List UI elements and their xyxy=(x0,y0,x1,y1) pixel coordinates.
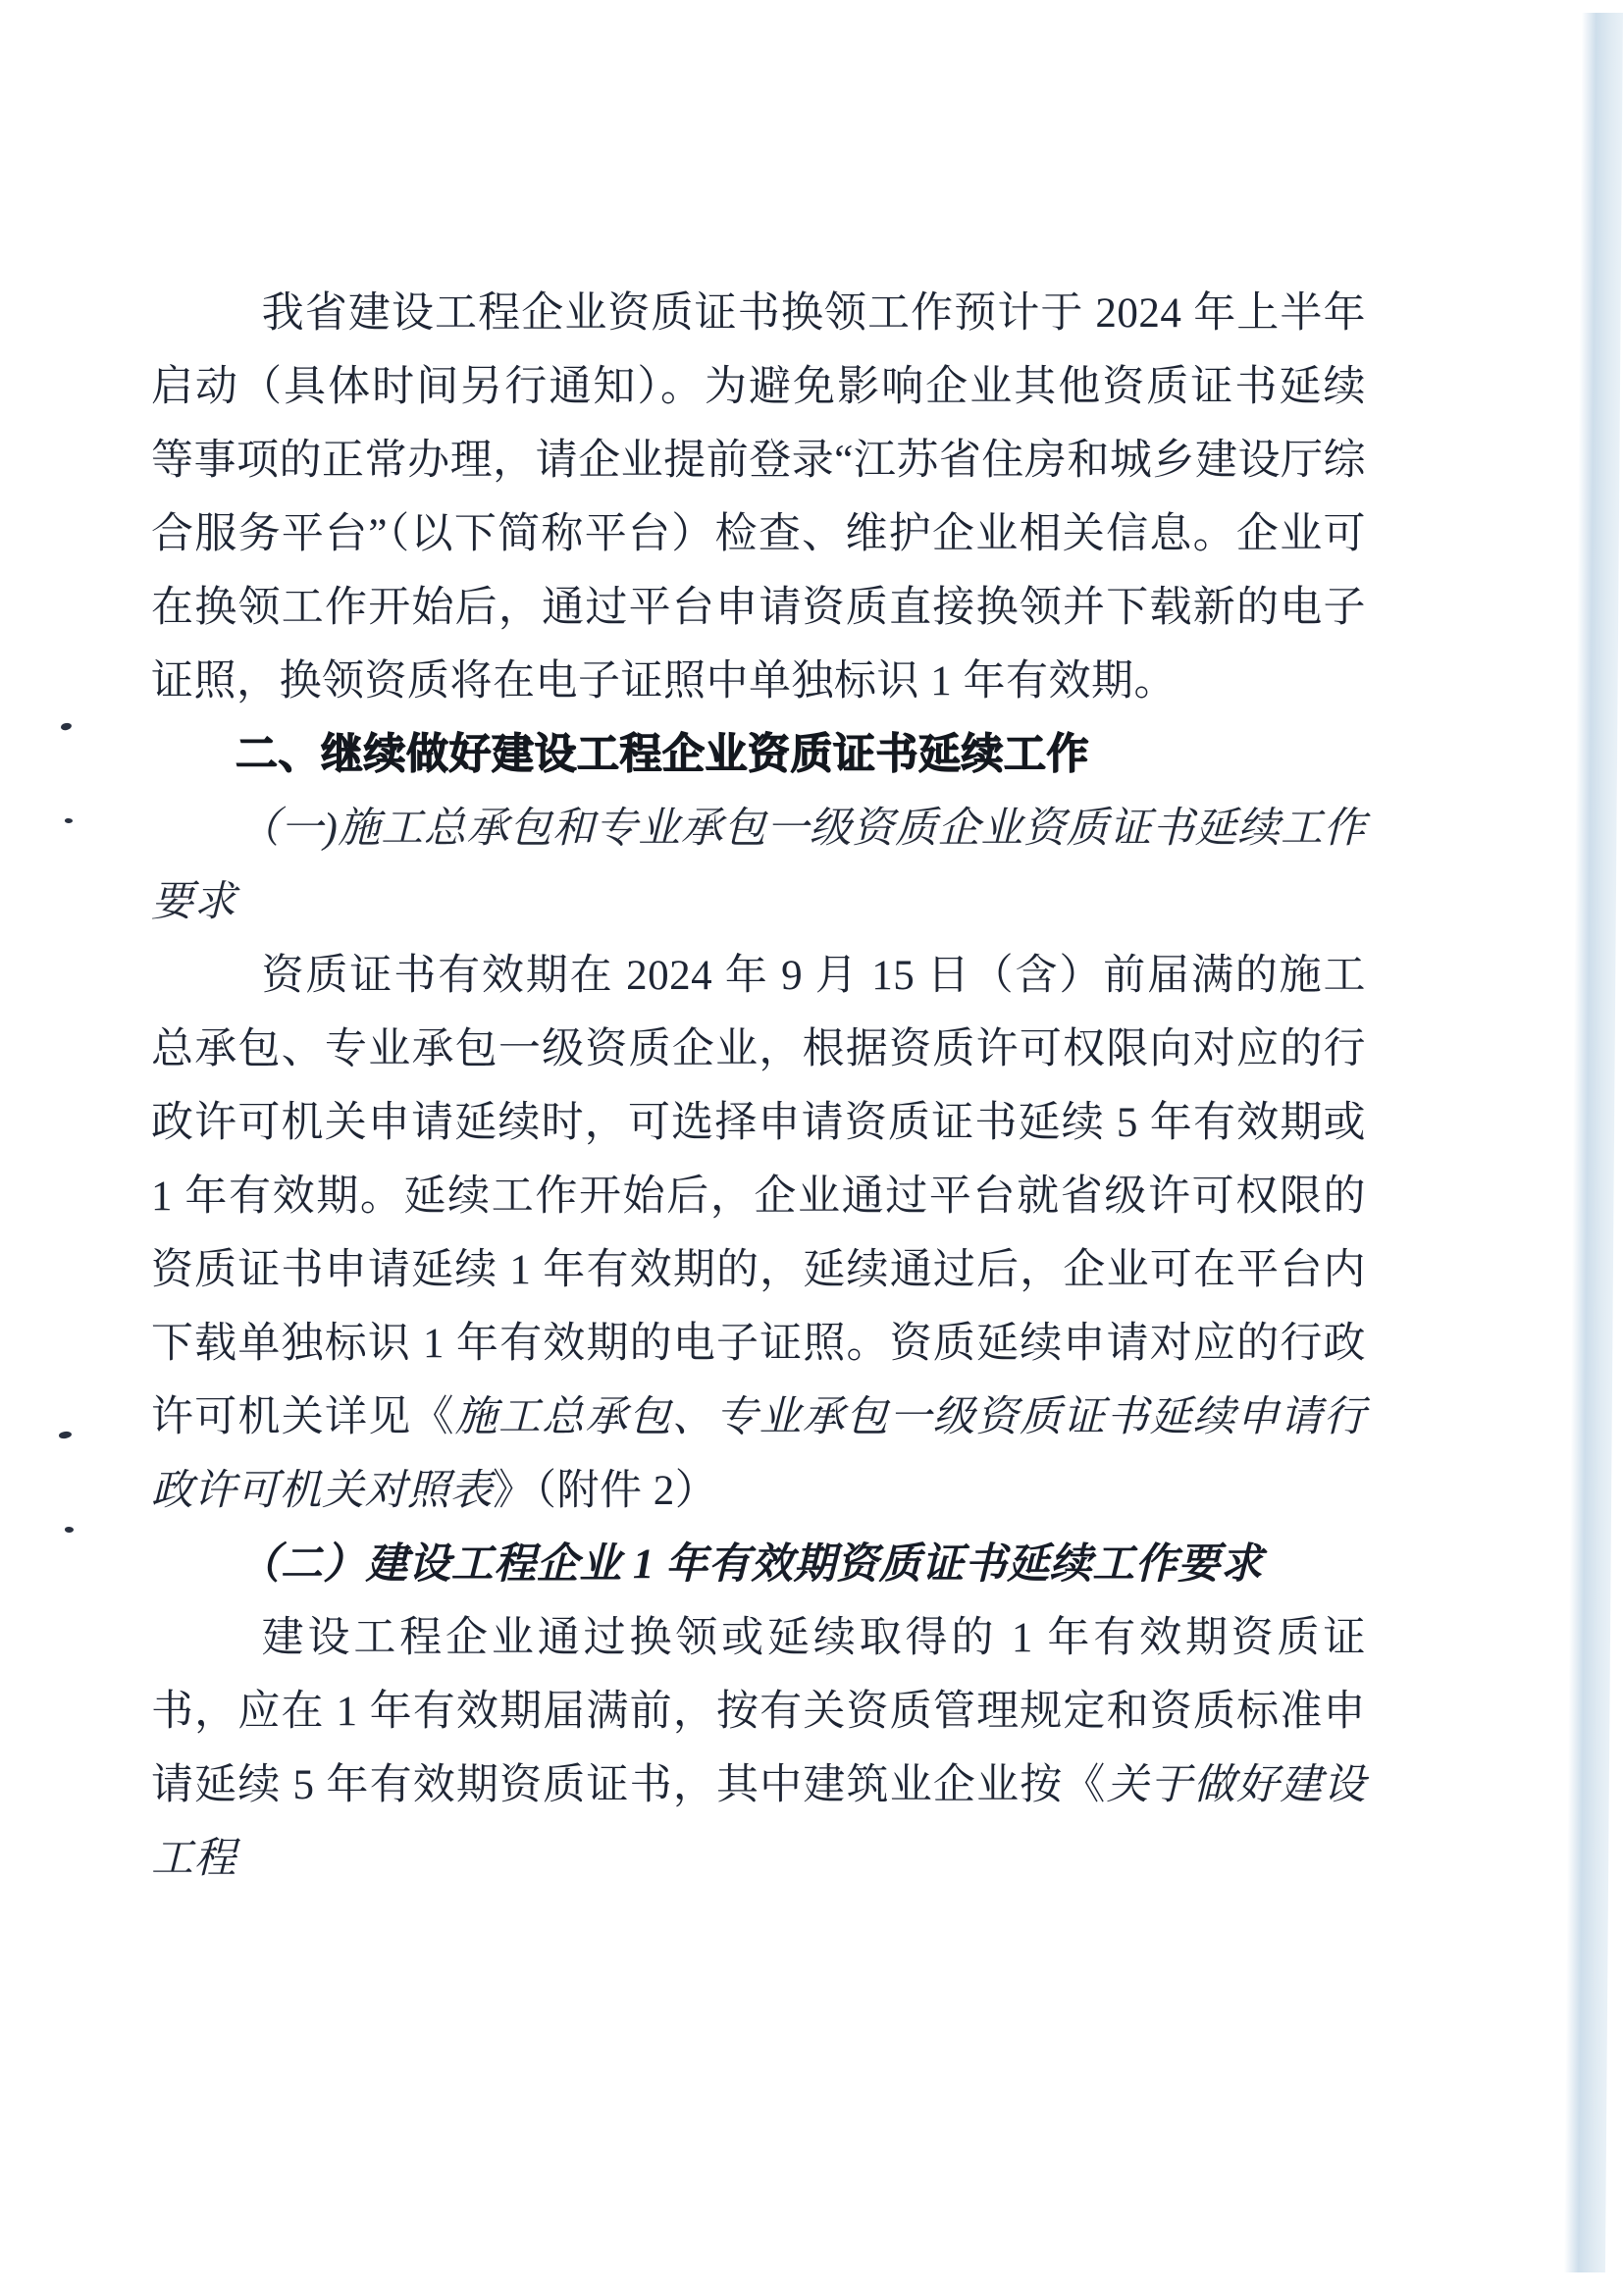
paragraph-subsection-2-body: 建设工程企业通过换领或延续取得的 1 年有效期资质证书，应在 1 年有效期届满前… xyxy=(151,1601,1366,1896)
paragraph-subsection-1-body: 资质证书有效期在 2024 年 9 月 15 日（含）前届满的施工总承包、专业承… xyxy=(151,939,1366,1528)
scan-artifact-dot xyxy=(60,722,72,731)
document-page: 我省建设工程企业资质证书换领工作预计于 2024 年上半年启动（具体时间另行通知… xyxy=(0,0,1623,2296)
scan-artifact-dot xyxy=(58,1431,72,1439)
subsection-heading-1: （一)施工总承包和专业承包一级资质企业资质证书延续工作要求 xyxy=(151,792,1366,939)
scan-artifact-dot xyxy=(65,818,73,823)
paragraph-certificate-exchange-intro: 我省建设工程企业资质证书换领工作预计于 2024 年上半年启动（具体时间另行通知… xyxy=(151,277,1366,718)
body-text-segment: 》（附件 2） xyxy=(493,1468,717,1514)
document-body: 我省建设工程企业资质证书换领工作预计于 2024 年上半年启动（具体时间另行通知… xyxy=(151,277,1366,1896)
scan-artifact-dot xyxy=(65,1527,74,1533)
subsection-heading-2: （二）建设工程企业 1 年有效期资质证书延续工作要求 xyxy=(151,1528,1366,1601)
scan-page-edge-shadow xyxy=(1564,13,1623,2272)
section-heading-2: 二、继续做好建设工程企业资质证书延续工作 xyxy=(151,718,1366,792)
body-text-segment: 资质证书有效期在 2024 年 9 月 15 日（含）前届满的施工总承包、专业承… xyxy=(151,953,1366,1440)
